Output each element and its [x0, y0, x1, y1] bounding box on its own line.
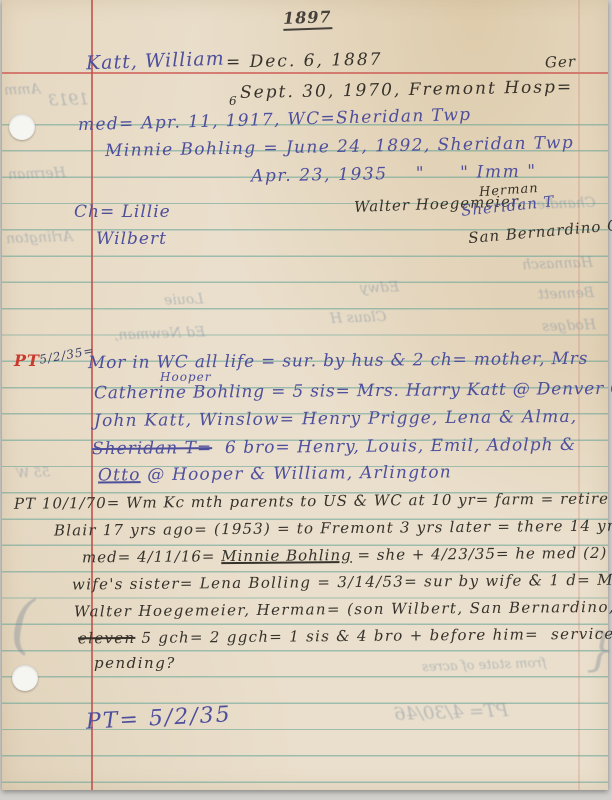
- child-wilbert: Wilbert: [96, 231, 167, 248]
- pt1-line4: Sheridan T= 6 bro= Henry, Louis, Emil, A…: [92, 437, 576, 458]
- ghost-brace: (: [10, 588, 35, 662]
- birth-date: = Dec. 6, 1887: [226, 52, 383, 72]
- struck-word: eleven: [78, 629, 136, 648]
- ghost-text: Louie: [164, 291, 204, 308]
- ghost-text: Bennett: [538, 285, 595, 303]
- pt2-line6: eleven 5 gch= 2 ggch= 1 sis & 4 bro + be…: [78, 627, 612, 647]
- underlined-otto: Otto: [98, 465, 141, 485]
- year-text: 1897: [283, 7, 332, 31]
- ghost-text: 1913: [48, 89, 89, 109]
- pt-marker-1: PT: [14, 353, 40, 369]
- pt1-line2a: Catherine Bohling =: [94, 382, 286, 404]
- struck-sheridan: Sheridan T=: [92, 438, 212, 459]
- ghost-text: Arlington: [6, 229, 73, 247]
- wife-death-line: Apr. 23, 1935 " " Imm ": [251, 164, 537, 186]
- ghost-text: Edwy: [360, 279, 400, 296]
- pt2-line5: Walter Hoegemeier, Herman= (son Wilbert,…: [74, 599, 612, 619]
- pt1-line3: John Katt, Winslow= Henry Prigge, Lena &…: [94, 409, 578, 430]
- pt2-line3c: = she + 4/23/35= he med (2) to: [352, 544, 612, 564]
- ghost-text: Amm: [4, 81, 41, 98]
- punch-hole-top: [9, 114, 35, 140]
- pt1-line5-rest: @ Hooper & William, Arlington: [147, 462, 452, 485]
- pt2-line7: pending?: [94, 656, 176, 671]
- pt2-line3a: med= 4/11/16=: [82, 547, 221, 566]
- ghost-text: Hannasch: [522, 255, 593, 273]
- pt1-line4-rest: 6 bro= Henry, Louis, Emil, Adolph &: [225, 435, 576, 458]
- origin-note: Ger: [545, 54, 577, 70]
- pt1-line1: Mor in WC all life = sur. by hus & 2 ch=…: [88, 351, 588, 372]
- scanned-genealogy-card: { "colors": { "paper": "#eadfcc", "blue_…: [0, 0, 612, 800]
- pt1-line2b: 5 sis= Mrs. Harry Katt @ Denver Co=: [292, 379, 612, 402]
- notebook-paper: Amm 1913 Herman Arlington Chandler Hanna…: [2, 0, 608, 790]
- children-label: Ch= Lillie: [74, 204, 171, 221]
- death-prefix: 6: [229, 95, 238, 107]
- punch-hole-bottom: [12, 665, 38, 691]
- ghost-text: PT= 4/30/46: [394, 700, 509, 725]
- entry-name: Katt, William: [86, 50, 225, 74]
- header-year: 1897: [283, 9, 332, 27]
- inserted-hooper: Hooper: [160, 371, 211, 383]
- pt1-line5: Otto @ Hooper & William, Arlington: [98, 464, 452, 484]
- ghost-text: 55 W: [16, 465, 51, 481]
- pt2-line3: med= 4/11/16= Minnie Bohling = she + 4/2…: [82, 546, 612, 566]
- ghost-text: Ed Newman,: [114, 324, 206, 343]
- ghost-text: Herman: [8, 165, 66, 183]
- underlined-minnie: Minnie Bohling: [221, 546, 352, 565]
- ghost-text: Hodges: [542, 317, 597, 335]
- ghost-text: Claus H: [330, 309, 387, 327]
